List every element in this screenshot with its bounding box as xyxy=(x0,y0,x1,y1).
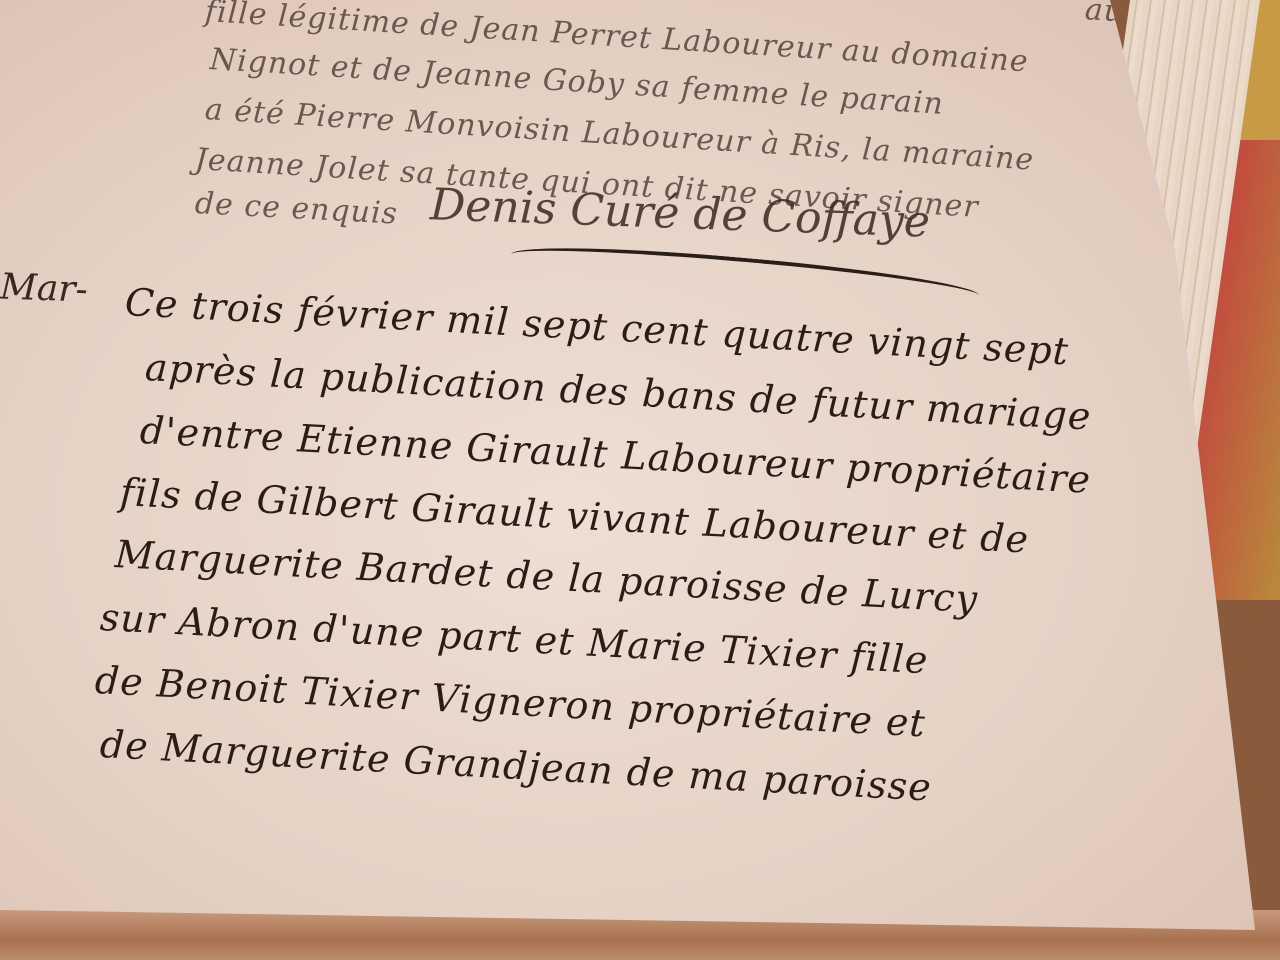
prev-entry-line-5: de ce enquis xyxy=(194,186,399,232)
margin-note-mariage: Mar- xyxy=(0,266,88,310)
signature-flourish xyxy=(509,238,980,313)
document-photo: aujourd'hui fille légitime de Jean Perre… xyxy=(0,0,1280,960)
register-page: aujourd'hui fille légitime de Jean Perre… xyxy=(0,0,1255,935)
